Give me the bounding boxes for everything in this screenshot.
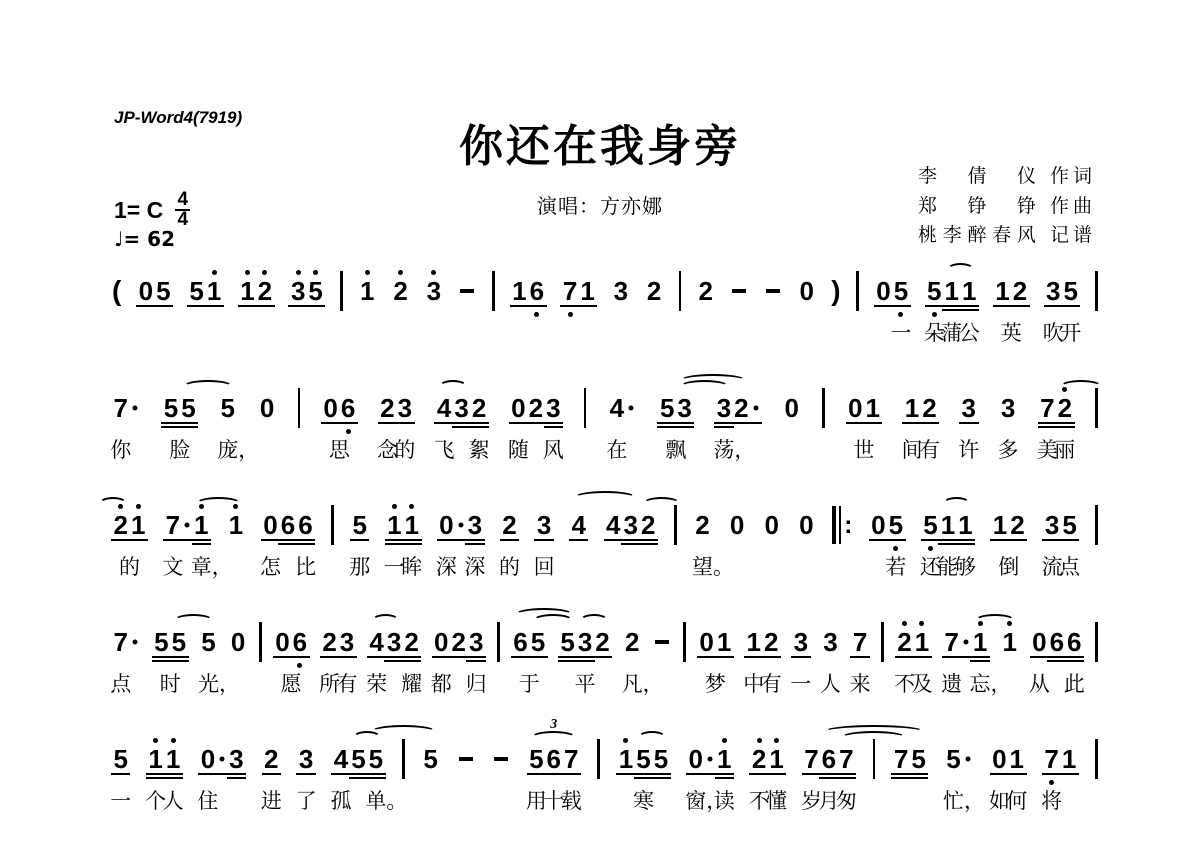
note-char: 5 — [652, 745, 669, 773]
note-group: 23 — [321, 628, 356, 656]
note-group: 4 — [570, 511, 587, 539]
lyric-char: 那 — [349, 551, 370, 581]
barline — [340, 271, 343, 311]
duration-dash — [494, 757, 508, 761]
note-group: 2 — [623, 628, 640, 656]
note-group: 023 — [510, 394, 562, 422]
lyric-char: 住 — [197, 785, 218, 815]
note-group: 1 — [227, 511, 244, 539]
note-char: 7 — [112, 628, 129, 656]
note-char: 0 — [137, 277, 154, 305]
staff-line: 21711066511032344322000:055111235的文章，怎比那… — [112, 488, 1098, 582]
lyric-char: 平 — [575, 668, 596, 698]
note-group: 567 — [528, 745, 580, 773]
note-char: 3 — [576, 628, 593, 656]
lyric-char: 有 — [919, 434, 940, 464]
barline — [1095, 388, 1098, 428]
lyric-char: 世 — [854, 434, 875, 464]
note-char: 1 — [359, 277, 376, 305]
note-group: 01 — [687, 745, 733, 773]
repeat-sign: : — [832, 506, 852, 544]
note-group: 0 — [763, 511, 780, 539]
note-char: 2 — [501, 511, 518, 539]
note-char: 3 — [535, 511, 552, 539]
lyric-char: 章， — [191, 551, 233, 581]
note-char: 3 — [676, 394, 693, 422]
slur-arc — [99, 497, 127, 510]
lyric-char: 一 — [790, 668, 811, 698]
duration-dash — [655, 640, 669, 644]
lyric-char: 荣 — [366, 668, 387, 698]
octave-dot-above — [153, 738, 158, 743]
note-char: 5 — [1061, 511, 1078, 539]
note-group: 71 — [1043, 745, 1078, 773]
barline — [492, 271, 495, 311]
credit-name: 桃李醉春风 — [918, 221, 1036, 251]
note-group: 1 — [359, 277, 376, 305]
note-char: 3 — [999, 394, 1016, 422]
note-char: 1 — [715, 628, 732, 656]
lyric-char: 若 — [885, 551, 906, 581]
note-char: 0 — [875, 277, 892, 305]
key-signature: 1= C 4 4 — [114, 192, 190, 228]
note-char: 7 — [563, 745, 580, 773]
note-char: 6 — [528, 277, 545, 305]
lyric-char: 多 — [998, 434, 1019, 464]
note-char: 3 — [466, 511, 483, 539]
note-group: 3 — [999, 394, 1016, 422]
note-group: 0 — [798, 511, 815, 539]
barline — [674, 505, 677, 545]
note-group: 05 — [137, 277, 172, 305]
lyric-char: 眸 — [401, 551, 422, 581]
note-char: 5 — [155, 277, 172, 305]
note-group: 5 — [219, 394, 236, 422]
time-signature: 4 4 — [175, 192, 190, 228]
note-group: 35 — [1043, 511, 1078, 539]
note-char: 5 — [170, 628, 187, 656]
note-group: 532 — [559, 628, 611, 656]
note-char: 3 — [622, 511, 639, 539]
note-char: 5 — [658, 394, 675, 422]
slur-arc — [580, 614, 607, 627]
note-char: 2 — [645, 277, 662, 305]
note-char: 2 — [112, 511, 129, 539]
note-char: 5 — [350, 745, 367, 773]
note-char: 3 — [822, 628, 839, 656]
note-group: 5 — [422, 745, 439, 773]
note-group: 066 — [1031, 628, 1083, 656]
note-char: 7 — [803, 745, 820, 773]
note-char: 0 — [870, 511, 887, 539]
barline — [679, 271, 682, 311]
note-char: 5 — [945, 745, 962, 773]
credit-name-char: 桃 — [918, 221, 937, 251]
note-group: 5 — [351, 511, 368, 539]
credit-name: 郑铮铮 — [918, 192, 1036, 222]
note-char: 3 — [385, 628, 402, 656]
note-group: 35 — [289, 277, 324, 305]
lyric-char: 时 — [160, 668, 181, 698]
note-group: 0 — [728, 511, 745, 539]
lyric-char: 光， — [198, 668, 240, 698]
lyrics-row: 你脸庞，思念的飞絮随风在飘荡，世间有许多美丽 — [112, 431, 1098, 465]
note-char: 1 — [971, 628, 988, 656]
credit-name-char: 李 — [918, 162, 937, 192]
credit-name-char: 李 — [943, 221, 962, 251]
note-char: 5 — [528, 745, 545, 773]
lyric-char: 的 — [119, 551, 140, 581]
note-group: 21 — [750, 745, 785, 773]
lyric-char: 忘， — [970, 668, 1012, 698]
note-group: 7 — [112, 628, 140, 656]
note-char: 1 — [745, 628, 762, 656]
barline — [1095, 622, 1098, 662]
duration-dot — [129, 628, 140, 656]
lyric-char: 遗 — [941, 668, 962, 698]
barline — [822, 388, 825, 428]
octave-dot-above — [136, 504, 141, 509]
note-char: 4 — [605, 511, 622, 539]
note-group: 3 — [822, 628, 839, 656]
lyric-char: 飘 — [665, 434, 686, 464]
credit-name-char: 春 — [992, 221, 1011, 251]
barline — [1095, 739, 1098, 779]
note-char: 3 — [960, 394, 977, 422]
note-group: 2 — [697, 277, 714, 305]
note-char: 0 — [438, 511, 455, 539]
note-group: 72 — [1039, 394, 1074, 422]
note-group: 35 — [1045, 277, 1080, 305]
note-group: 65 — [512, 628, 547, 656]
octave-dot-above — [919, 621, 924, 626]
credit-role: 记谱 — [1050, 221, 1096, 251]
note-char: 3 — [228, 745, 245, 773]
octave-dot-above — [296, 270, 301, 275]
note-char: 4 — [435, 394, 452, 422]
lyric-char: 风 — [543, 434, 564, 464]
note-char: 5 — [219, 394, 236, 422]
note-group: 2 — [263, 745, 280, 773]
note-char: 2 — [321, 628, 338, 656]
lyric-char: 一 — [890, 317, 911, 347]
note-char: 1 — [511, 277, 528, 305]
note-group: 1 — [1001, 628, 1018, 656]
duration-dot — [960, 628, 971, 656]
note-char: 5 — [635, 745, 652, 773]
note-char: 3 — [612, 277, 629, 305]
note-group: 03 — [199, 745, 245, 773]
barline — [683, 622, 686, 662]
note-group: 01 — [847, 394, 882, 422]
tempo-marking: ♩= 62 — [114, 227, 175, 251]
note-char: 6 — [279, 511, 296, 539]
credit-composer: 郑铮铮 作曲 — [918, 192, 1096, 222]
duration-dot — [182, 511, 193, 539]
octave-dot-above — [313, 270, 318, 275]
note-char: 4 — [332, 745, 349, 773]
note-char: 5 — [153, 628, 170, 656]
note-char: 1 — [768, 745, 785, 773]
lyric-char: 在 — [606, 434, 627, 464]
note-char: 2 — [733, 394, 750, 422]
duration-dot — [705, 745, 716, 773]
lyric-char: 懂 — [766, 785, 787, 815]
note-char: 0 — [322, 394, 339, 422]
note-group: 3 — [297, 745, 314, 773]
note-char: 0 — [262, 511, 279, 539]
note-char: 5 — [910, 745, 927, 773]
credit-name-char: 风 — [1017, 221, 1036, 251]
lyric-char: 点 — [1059, 551, 1080, 581]
lyric-char: 寒 — [633, 785, 654, 815]
credit-name-char: 郑 — [918, 192, 937, 222]
slur-arc — [574, 491, 636, 504]
note-char: 3 — [715, 394, 732, 422]
credit-name-char: 倩 — [967, 162, 986, 192]
lyric-char: 飞 — [434, 434, 455, 464]
octave-dot-above — [722, 738, 727, 743]
note-char: 1 — [903, 394, 920, 422]
note-char: 0 — [433, 628, 450, 656]
note-char: 5 — [559, 628, 576, 656]
note-char: 1 — [939, 511, 956, 539]
note-group: 11 — [147, 745, 182, 773]
lyric-char: 人 — [820, 668, 841, 698]
note-group: 01 — [991, 745, 1026, 773]
note-group: 455 — [332, 745, 384, 773]
notes-row: 755500623432023655322011233721711066 — [112, 605, 1098, 665]
note-group: 05 — [875, 277, 910, 305]
tuplet-number: 3 — [550, 717, 557, 733]
note-char: 1 — [960, 277, 977, 305]
lyrics-row: 一朵蒲公英吹开 — [112, 314, 1098, 348]
note-char: 3 — [1043, 511, 1060, 539]
slur-arc — [183, 380, 232, 393]
note-char: 5 — [529, 628, 546, 656]
note-group: 55 — [153, 628, 188, 656]
lyric-char: 深 — [464, 551, 485, 581]
octave-dot-above — [774, 738, 779, 743]
slur-arc — [372, 614, 399, 627]
note-char: 6 — [1048, 628, 1065, 656]
note-char: 2 — [1056, 394, 1073, 422]
note-group: 3 — [535, 511, 552, 539]
note-group: 01 — [698, 628, 733, 656]
note-group: 51 — [188, 277, 223, 305]
notes-row: 75550062343202345332001123372 — [112, 371, 1098, 431]
lyric-char: 望。 — [692, 551, 734, 581]
note-char: 5 — [188, 277, 205, 305]
note-char: 1 — [617, 745, 634, 773]
duration-dash — [766, 289, 780, 293]
duration-dot — [626, 394, 637, 422]
note-char: 0 — [698, 628, 715, 656]
lyric-char: 此 — [1064, 668, 1085, 698]
note-char: 2 — [763, 628, 780, 656]
note-char: 5 — [162, 394, 179, 422]
note-group: 12 — [991, 511, 1026, 539]
note-group: 11 — [386, 511, 421, 539]
note-char: 7 — [1039, 394, 1056, 422]
note-group: 3 — [425, 277, 442, 305]
note-group: 155 — [617, 745, 669, 773]
note-char: 3 — [467, 628, 484, 656]
note-group: 2 — [501, 511, 518, 539]
note-char: 5 — [926, 277, 943, 305]
note-group: 21 — [112, 511, 147, 539]
note-char: 0 — [1031, 628, 1048, 656]
note-char: 4 — [608, 394, 625, 422]
time-signature-top: 4 — [177, 192, 188, 208]
slur-arc — [1060, 380, 1102, 393]
lyric-char: 脸 — [169, 434, 190, 464]
credit-name-char: 仪 — [1017, 162, 1036, 192]
slur-arc — [638, 731, 665, 744]
note-char: 2 — [1009, 511, 1026, 539]
note-char: 7 — [561, 277, 578, 305]
lyric-char: 来 — [850, 668, 871, 698]
staff-line: 755500623432023655322011233721711066点时光，… — [112, 605, 1098, 699]
barline — [597, 739, 600, 779]
lyric-char: 及 — [911, 668, 932, 698]
lyric-char: 耀 — [401, 668, 422, 698]
note-char: 0 — [687, 745, 704, 773]
note-group: 53 — [658, 394, 693, 422]
lyric-char: 单。 — [365, 785, 407, 815]
barline — [497, 622, 500, 662]
note-char: 0 — [510, 394, 527, 422]
note-char: 1 — [1008, 745, 1025, 773]
lyric-char: 的 — [499, 551, 520, 581]
lyric-char: 回 — [534, 551, 555, 581]
lyric-char: 载 — [561, 785, 582, 815]
note-char: 6 — [545, 745, 562, 773]
note-char: 7 — [164, 511, 181, 539]
lyric-char: 点 — [110, 668, 131, 698]
note-char: 2 — [694, 511, 711, 539]
sheet-music-page: JP-Word4(7919) 你还在我身旁 演唱：方亦娜 李倩仪 作词 郑铮铮 … — [0, 0, 1200, 850]
lyric-char: 随 — [508, 434, 529, 464]
note-char: 2 — [379, 394, 396, 422]
lyric-char: 公 — [959, 317, 980, 347]
note-char: 3 — [289, 277, 306, 305]
note-char: 3 — [453, 394, 470, 422]
staff-line: 5110323455556715501217677550171一个人住进了孤单。… — [112, 722, 1098, 816]
note-group: 432 — [435, 394, 487, 422]
parenthesis: ( — [112, 277, 121, 305]
slur-arc — [196, 497, 241, 510]
lyric-char: 都 — [431, 668, 452, 698]
lyric-char: 文 — [162, 551, 183, 581]
lyric-char: 归 — [466, 668, 487, 698]
octave-dot-above — [431, 270, 436, 275]
note-char: 2 — [623, 628, 640, 656]
lyrics-row: 一个人住进了孤单。用十载寒窗，读不懂岁月匆忙，如何将 — [112, 782, 1098, 816]
duration-dot — [750, 394, 761, 422]
barline — [1095, 271, 1098, 311]
slur-arc — [533, 614, 573, 627]
lyric-char: 丽 — [1054, 434, 1075, 464]
note-group: 05 — [870, 511, 905, 539]
note-group: 511 — [922, 511, 974, 539]
note-char: 1 — [943, 277, 960, 305]
note-char: 0 — [258, 394, 275, 422]
staff-line: (0551123512316713220)055111235一朵蒲公英吹开 — [112, 254, 1098, 348]
credit-role: 作词 — [1050, 162, 1096, 192]
lyric-char: 荡， — [713, 434, 755, 464]
octave-dot-above — [623, 738, 628, 743]
note-char: 2 — [470, 394, 487, 422]
note-char: 6 — [820, 745, 837, 773]
slur-arc — [841, 731, 906, 744]
note-char: 7 — [943, 628, 960, 656]
lyric-char: 怎 — [260, 551, 281, 581]
note-group: 2 — [392, 277, 409, 305]
credit-lyricist: 李倩仪 作词 — [918, 162, 1096, 192]
score-area: (0551123512316713220)055111235一朵蒲公英吹开755… — [112, 254, 1098, 839]
duration-dash — [732, 289, 746, 293]
note-group: 12 — [239, 277, 274, 305]
lyric-char: 匆 — [836, 785, 857, 815]
note-char: 1 — [991, 511, 1008, 539]
note-char: 1 — [579, 277, 596, 305]
note-group: 71 — [561, 277, 596, 305]
note-char: 1 — [913, 628, 930, 656]
note-char: 0 — [274, 628, 291, 656]
note-char: 0 — [798, 277, 815, 305]
credits-block: 李倩仪 作词 郑铮铮 作曲 桃李醉春风 记谱 — [918, 162, 1096, 251]
octave-dot-above — [392, 504, 397, 509]
slur-arc — [975, 614, 1015, 627]
notes-row: (0551123512316713220)055111235 — [112, 254, 1098, 314]
lyric-char: 孤 — [330, 785, 351, 815]
barline — [1095, 505, 1098, 545]
note-char: 0 — [763, 511, 780, 539]
lyric-char: 庞， — [217, 434, 259, 464]
note-group: 12 — [903, 394, 938, 422]
octave-dot-above — [262, 270, 267, 275]
note-group: 432 — [605, 511, 657, 539]
note-char: 1 — [1001, 628, 1018, 656]
note-char: 0 — [783, 394, 800, 422]
note-group: 3 — [612, 277, 629, 305]
credit-name-char: 醉 — [967, 221, 986, 251]
note-char: 1 — [386, 511, 403, 539]
note-char: 3 — [396, 394, 413, 422]
note-char: 7 — [838, 745, 855, 773]
note-group: 2 — [694, 511, 711, 539]
note-group: 7 — [851, 628, 868, 656]
lyric-char: 读 — [714, 785, 735, 815]
note-group: 03 — [438, 511, 484, 539]
note-char: 7 — [112, 394, 129, 422]
note-char: 2 — [1011, 277, 1028, 305]
note-char: 5 — [180, 394, 197, 422]
note-char: 2 — [263, 745, 280, 773]
note-char: 2 — [594, 628, 611, 656]
staff-line: 75550062343202345332001123372你脸庞，思念的飞絮随风… — [112, 371, 1098, 465]
note-group: 0 — [229, 628, 246, 656]
note-char: 5 — [892, 277, 909, 305]
credit-name: 李倩仪 — [918, 162, 1036, 192]
duration-dot — [455, 511, 466, 539]
note-char: 1 — [716, 745, 733, 773]
note-char: 4 — [570, 511, 587, 539]
note-char: 5 — [887, 511, 904, 539]
note-group: 511 — [926, 277, 978, 305]
note-group: 12 — [994, 277, 1029, 305]
